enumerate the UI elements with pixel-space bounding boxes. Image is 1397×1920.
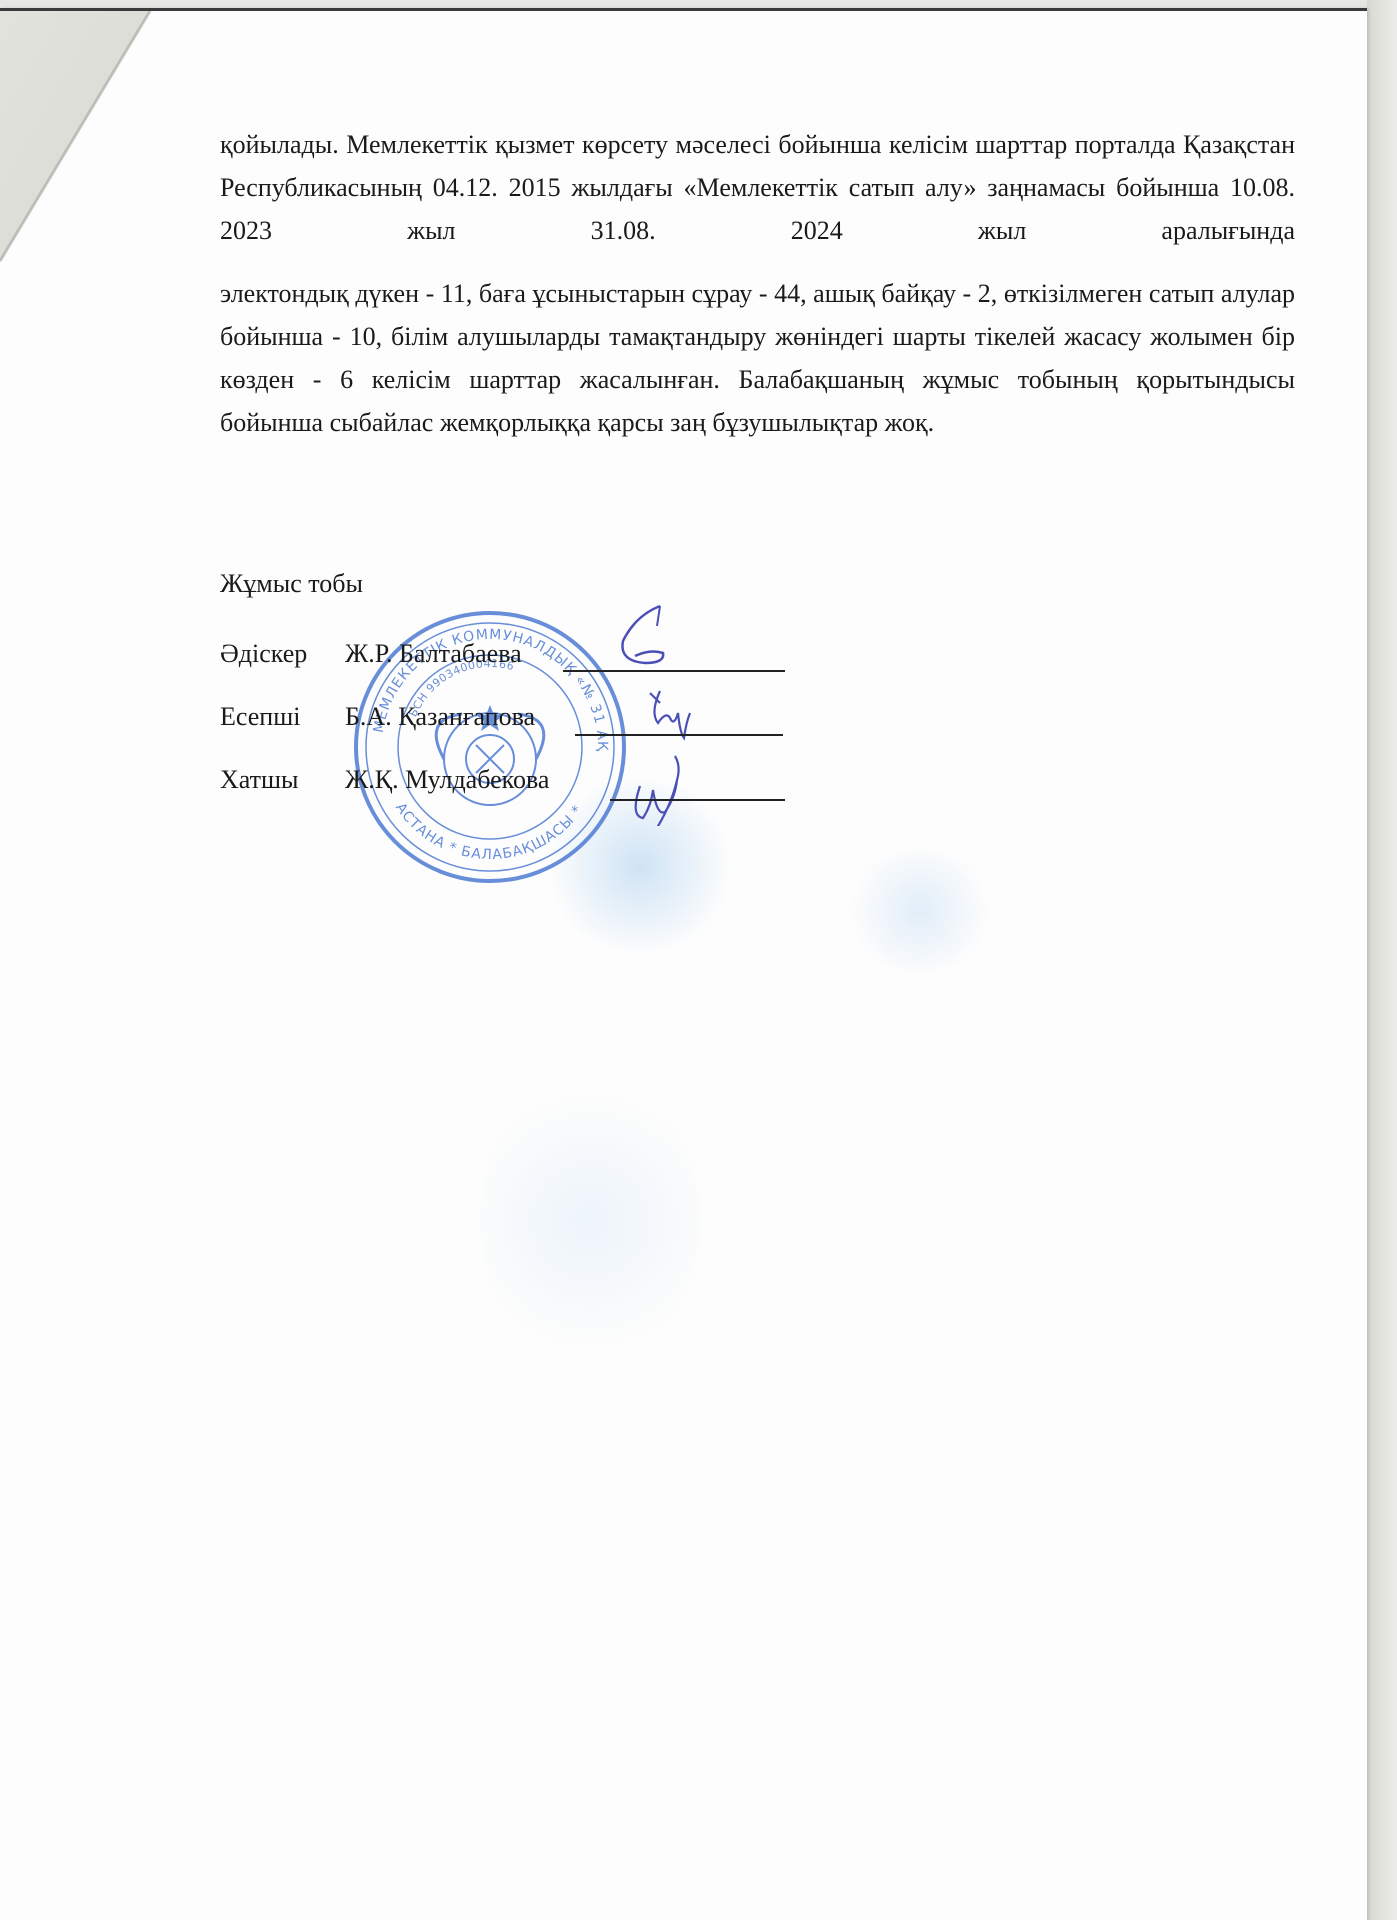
signature-line [610, 799, 785, 801]
signature-role: Әдіскер [220, 639, 307, 669]
document-page: МЕМЛЕКЕТТІК КОММУНАЛДЫҚ «№ 31 АҚСҰҢҚАР» … [0, 8, 1367, 1920]
signature-name: Б.А. Қазанғапова [345, 702, 535, 732]
signature-role: Есепші [220, 702, 300, 732]
paragraph-procurement-intro: қойылады. Мемлекеттік қызмет көрсету мәс… [220, 123, 1295, 252]
scan-background-strip [1367, 0, 1397, 1920]
working-group-title: Жұмыс тобы [220, 569, 363, 599]
signature-name: Ж.Р. Балтабаева [345, 639, 522, 669]
paragraph-procurement-results: электондық дүкен - 11, баға ұсыныстарын … [220, 272, 1295, 444]
signature-name: Ж.Қ. Мулдабекова [345, 765, 549, 795]
signature-line [563, 670, 785, 672]
document-content: қойылады. Мемлекеттік қызмет көрсету мәс… [0, 11, 1367, 1920]
signature-line [575, 734, 783, 736]
signature-role: Хатшы [220, 765, 299, 795]
